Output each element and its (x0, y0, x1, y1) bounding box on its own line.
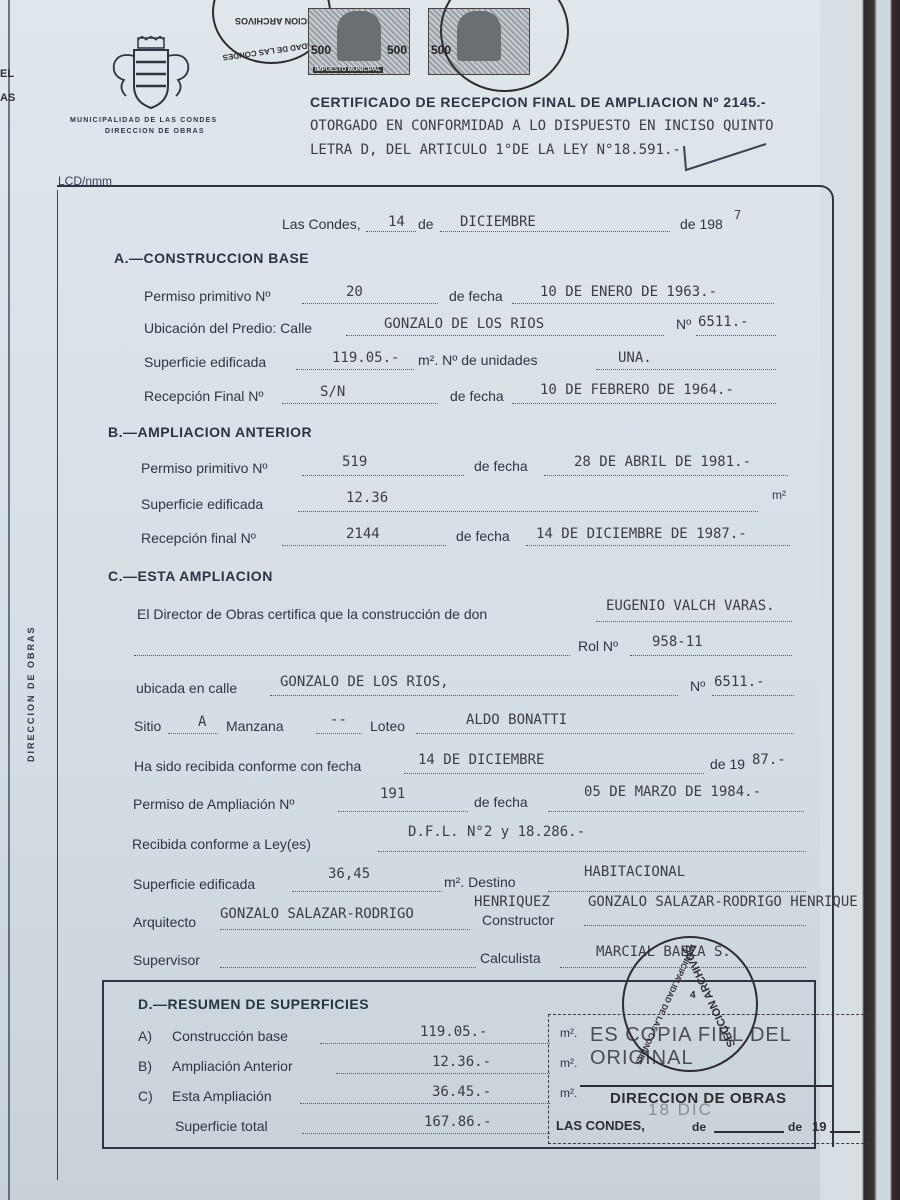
a-calle-value: GONZALO DE LOS RIOS (384, 316, 544, 332)
c-rol-label: Rol Nº (578, 638, 618, 654)
copy-stamp-rule (580, 1085, 832, 1087)
copy-stamp-blank (714, 1131, 784, 1133)
summary-row-value: 12.36.- (432, 1054, 491, 1070)
summary-row-value: 36.45.- (432, 1084, 491, 1100)
certificate-subtitle-1: OTORGADO EN CONFORMIDAD A LO DISPUESTO E… (310, 118, 774, 134)
c-permiso-amp-label: Permiso de Ampliación Nº (133, 796, 295, 812)
c-supervisor-label: Supervisor (133, 952, 200, 968)
c-manzana-label: Manzana (226, 718, 284, 734)
left-edge-text-2: AS (0, 86, 15, 110)
c-sitio-label: Sitio (134, 718, 161, 734)
b-m2-label: m² (772, 488, 786, 502)
tax-stamp-1-caption: IMPUESTO MUNICIPAL (313, 67, 383, 73)
copy-stamp-date-mark: 18 DIC (648, 1100, 713, 1120)
c-calle-value: GONZALO DE LOS RIOS, (280, 674, 449, 690)
summary-row-letter: B) (138, 1058, 152, 1074)
c-permiso-amp-fecha: 05 DE MARZO DE 1984.- (584, 784, 761, 800)
c-manzana-value: -- (330, 712, 347, 728)
c-numero-label: Nº (690, 678, 705, 694)
section-d-heading: D.—RESUMEN DE SUPERFICIES (138, 996, 369, 1012)
b-recepcion-value: 2144 (346, 526, 380, 542)
c-loteo-label: Loteo (370, 718, 405, 734)
c-permiso-amp-value: 191 (380, 786, 405, 802)
section-c-heading: C.—ESTA AMPLIACION (108, 568, 273, 584)
left-edge-fragment: EL AS (0, 62, 15, 110)
copy-stamp-year-blank (830, 1131, 860, 1133)
certificate-subtitle-2: LETRA D, DEL ARTICULO 1°DE LA LEY N°18.5… (310, 142, 681, 158)
a-permiso-value: 20 (346, 284, 363, 300)
date-month: DICIEMBRE (460, 214, 536, 230)
a-numero-label: Nº (676, 316, 691, 332)
c-arquitecto-label: Arquitecto (133, 914, 196, 930)
c-sitio-value: A (198, 714, 206, 730)
b-superficie-label: Superficie edificada (141, 496, 263, 512)
summary-row-letter: C) (138, 1088, 153, 1104)
c-recibida-label: Ha sido recibida conforme con fecha (134, 758, 361, 774)
b-fecha-label: de fecha (474, 458, 528, 474)
c-loteo-value: ALDO BONATTI (466, 712, 567, 728)
tax-stamp-1-value-right: 500 (387, 43, 407, 57)
c-ley-label: Recibida conforme a Ley(es) (132, 836, 311, 852)
a-recepcion-fecha-label: de fecha (450, 388, 504, 404)
c-recibida-fecha: 14 DE DICIEMBRE (418, 752, 544, 768)
c-ley-value: D.F.L. N°2 y 18.286.- (408, 824, 585, 840)
c-arquitecto-cont: HENRIQUEZ (474, 894, 550, 910)
date-place-label: Las Condes, (282, 216, 361, 232)
a-superficie-label: Superficie edificada (144, 354, 266, 370)
side-label: DIRECCION DE OBRAS (26, 625, 36, 762)
c-superficie-label: Superficie edificada (133, 876, 255, 892)
page-edge-line (8, 0, 10, 1200)
c-permiso-amp-fecha-label: de fecha (474, 794, 528, 810)
summary-total-label: Superficie total (175, 1118, 268, 1134)
checkmark-signature-icon (680, 140, 770, 176)
b-recepcion-fecha: 14 DE DICIEMBRE DE 1987.- (536, 526, 747, 542)
b-superficie-value: 12.36 (346, 490, 388, 506)
a-recepcion-fecha: 10 DE FEBRERO DE 1964.- (540, 382, 734, 398)
section-b-heading: B.—AMPLIACION ANTERIOR (108, 424, 312, 440)
c-recibida-year: 87.- (752, 752, 786, 768)
date-year-digit: 7 (734, 208, 741, 222)
a-recepcion-label: Recepción Final Nº (144, 388, 264, 404)
copy-stamp-year: 19 (812, 1119, 826, 1134)
c-recibida-year-label: de 19 (710, 756, 745, 772)
c-arquitecto-value: GONZALO SALAZAR-RODRIGO (220, 906, 414, 922)
summary-row-letter: A) (138, 1028, 152, 1044)
c-calculista-label: Calculista (480, 950, 541, 966)
certificate-title: CERTIFICADO DE RECEPCION FINAL DE AMPLIA… (310, 94, 766, 110)
a-recepcion-value: S/N (320, 384, 345, 400)
date-day: 14 (388, 214, 405, 230)
c-destino-label: m². Destino (444, 874, 516, 890)
a-permiso-fecha: 10 DE ENERO DE 1963.- (540, 284, 717, 300)
a-permiso-label: Permiso primitivo Nº (144, 288, 270, 304)
coat-of-arms-icon (108, 36, 194, 112)
c-ubicada-label: ubicada en calle (136, 680, 237, 696)
c-rol-value: 958-11 (652, 634, 703, 650)
b-permiso-fecha: 28 DE ABRIL DE 1981.- (574, 454, 751, 470)
b-permiso-label: Permiso primitivo Nº (141, 460, 267, 476)
left-edge-text-1: EL (0, 62, 15, 86)
archive-seal-number: 4 (690, 990, 696, 1001)
b-recepcion-label: Recepción final Nº (141, 530, 256, 546)
a-fecha-label: de fecha (449, 288, 503, 304)
date-de-label: de (418, 216, 434, 232)
tax-stamp-1: 500 500 IMPUESTO MUNICIPAL (308, 8, 410, 75)
summary-row-value: 119.05.- (420, 1024, 487, 1040)
a-unidades-value: UNA. (618, 350, 652, 366)
summary-total-value: 167.86.- (424, 1114, 491, 1130)
a-numero-value: 6511.- (698, 314, 749, 330)
b-permiso-value: 519 (342, 454, 367, 470)
a-ubicacion-label: Ubicación del Predio: Calle (144, 320, 312, 336)
c-constructor-value: GONZALO SALAZAR-RODRIGO HENRIQUE (588, 894, 858, 910)
c-propietario-value: EUGENIO VALCH VARAS. (606, 598, 775, 614)
copy-stamp-de-2: de (788, 1120, 802, 1134)
c-constructor-label: Constructor (482, 912, 554, 928)
tax-stamp-1-value-left: 500 (311, 43, 331, 57)
municipality-name: MUNICIPALIDAD DE LAS CONDES (70, 117, 217, 124)
c-destino-value: HABITACIONAL (584, 864, 685, 880)
department-name: DIRECCION DE OBRAS (105, 128, 205, 135)
a-unidades-label: m². Nº de unidades (418, 352, 538, 368)
copy-stamp-de-1: de (692, 1120, 706, 1134)
summary-row-label: Ampliación Anterior (172, 1058, 293, 1074)
form-frame-left (57, 190, 58, 1180)
b-recepcion-fecha-label: de fecha (456, 528, 510, 544)
a-superficie-value: 119.05.- (332, 350, 399, 366)
section-a-heading: A.—CONSTRUCCION BASE (114, 250, 309, 266)
summary-row-label: Construcción base (172, 1028, 288, 1044)
stamp-portrait-icon (337, 11, 381, 61)
c-certifica-label: El Director de Obras certifica que la co… (137, 606, 487, 622)
summary-row-label: Esta Ampliación (172, 1088, 272, 1104)
c-numero-value: 6511.- (714, 674, 765, 690)
date-year-label: de 198 (680, 216, 723, 232)
c-superficie-value: 36,45 (328, 866, 370, 882)
copy-stamp-place: LAS CONDES, (556, 1118, 645, 1133)
